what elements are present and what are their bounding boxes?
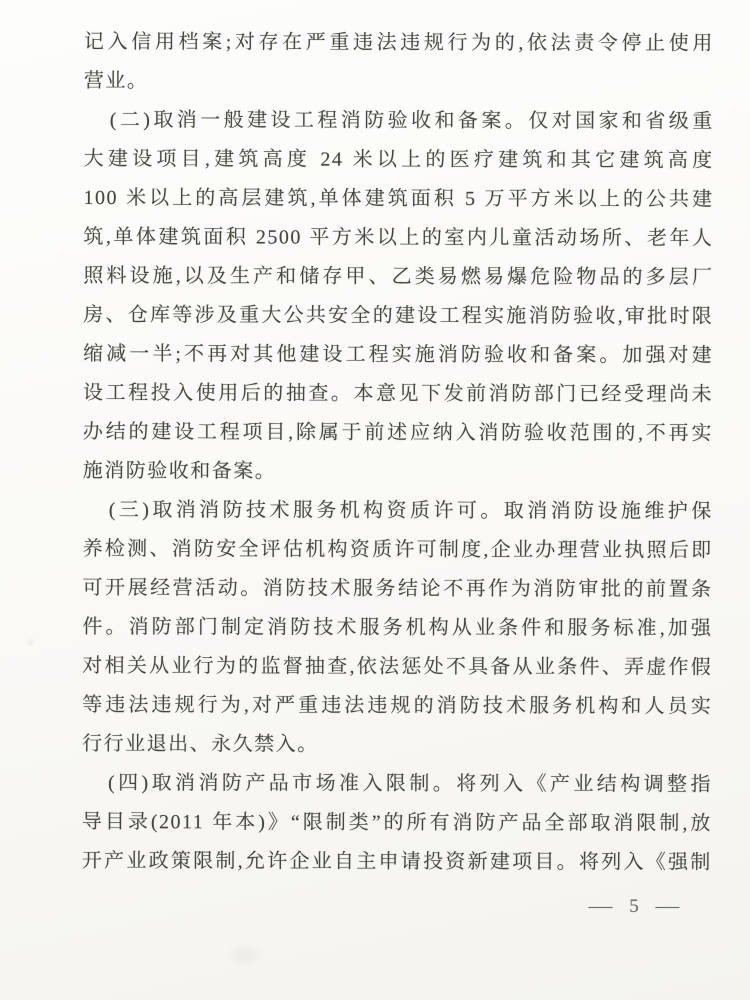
scan-artifact [706, 396, 711, 400]
text-line: 记入信用档案;对存在严重违法违规行为的,依法责令停止使用 [84, 23, 714, 64]
page-number-dash-left: — [589, 896, 613, 918]
document-body: 记入信用档案;对存在严重违法违规行为的,依法责令停止使用营业。(二)取消一般建设… [82, 23, 714, 883]
text-line: 行行业退出、永久禁入。 [82, 725, 712, 766]
text-line: 对相关从业行为的监督抽查,依法惩处不具备从业条件、弄虚作假 [82, 647, 712, 688]
page-number: — 5 — [591, 896, 677, 918]
text-line: 大建设项目,建筑高度 24 米以上的医疗建筑和其它建筑高度 [84, 140, 714, 181]
scan-artifact [694, 112, 700, 116]
text-line: 开产业政策限制,允许企业自主申请投资新建项目。将列入《强制 [82, 842, 712, 883]
text-line: 养检测、消防安全评估机构资质许可制度,企业办理营业执照后即 [83, 530, 713, 571]
page-number-dash-right: — [656, 896, 680, 918]
text-line: 缩减一半;不再对其他建设工程实施消防验收和备案。加强对建 [83, 335, 713, 376]
text-line: 100 米以上的高层建筑,单体建筑面积 5 万平方米以上的公共建 [83, 179, 713, 220]
text-line: 设工程投入使用后的抽查。本意见下发前消防部门已经受理尚未 [83, 374, 713, 415]
text-line: 筑,单体建筑面积 2500 平方米以上的室内儿童活动场所、老年人 [83, 218, 713, 259]
text-line: 可开展经营活动。消防技术服务结论不再作为消防审批的前置条 [82, 569, 712, 610]
page-number-value: 5 [629, 896, 639, 918]
text-line: (二)取消一般建设工程消防验收和备案。仅对国家和省级重 [84, 101, 714, 142]
text-line: 照料设施,以及生产和储存甲、乙类易燃易爆危险物品的多层厂 [83, 257, 713, 298]
text-line: 房、仓库等涉及重大公共安全的建设工程实施消防验收,审批时限 [83, 296, 713, 337]
text-line: 等违法违规行为,对严重违法违规的消防技术服务机构和人员实 [82, 686, 712, 727]
text-line: 导目录(2011 年本)》“限制类”的所有消防产品全部取消限制,放 [82, 803, 712, 844]
text-line: 营业。 [84, 62, 714, 103]
text-line: (四)取消消防产品市场准入限制。将列入《产业结构调整指 [82, 764, 712, 805]
text-line: 件。消防部门制定消防技术服务机构从业条件和服务标准,加强 [82, 608, 712, 649]
scan-artifact [232, 948, 258, 962]
text-line: (三)取消消防技术服务机构资质许可。取消消防设施维护保 [83, 491, 713, 532]
scan-artifact [148, 788, 153, 792]
text-line: 办结的建设工程项目,除属于前述应纳入消防验收范围的,不再实 [83, 413, 713, 454]
text-line: 施消防验收和备案。 [83, 452, 713, 493]
scan-artifact [28, 640, 33, 645]
scanned-document-page: 记入信用档案;对存在严重违法违规行为的,依法责令停止使用营业。(二)取消一般建设… [0, 0, 750, 1000]
